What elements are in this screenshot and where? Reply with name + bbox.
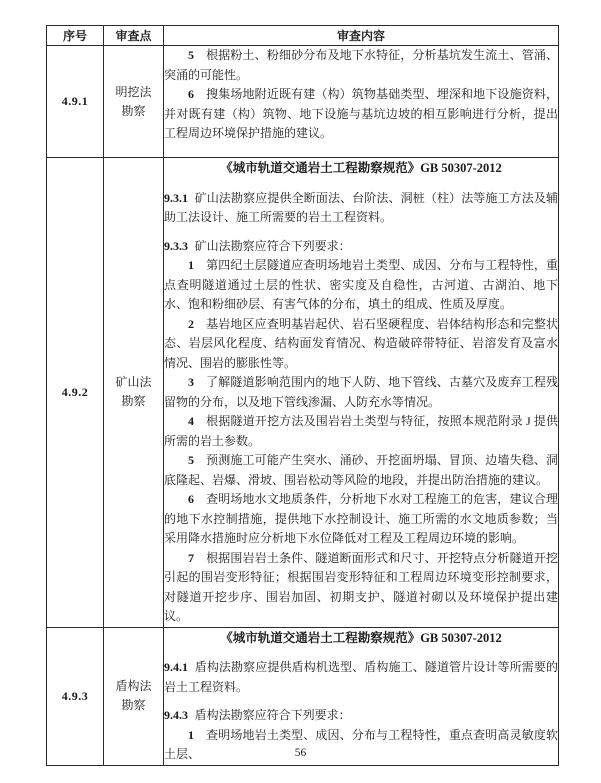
table-row-491: 4.9.1 明挖法 勘察 5根据粉土、粉细砂分布及地下水特征，分析基坑发生流土、… <box>47 46 559 158</box>
clause-paragraph: 9.4.3盾构法勘察应符合下列要求： <box>164 706 558 726</box>
clause-text: 盾构法勘察应符合下列要求： <box>195 708 351 722</box>
point-line-2: 勘察 <box>104 696 163 715</box>
table-header-row: 序号 审查点 审查内容 <box>47 26 559 46</box>
content-item: 5预测施工可能产生突水、涌砂、开挖面坍塌、冒顶、边墙失稳、洞底隆起、岩爆、滑坡、… <box>164 451 558 490</box>
item-number: 1 <box>188 258 194 272</box>
content-cell: 《城市轨道交通岩土工程勘察规范》GB 50307-2012 9.3.1矿山法勘察… <box>164 158 559 628</box>
document-page: 序号 审查点 审查内容 4.9.1 明挖法 勘察 5根据粉土、粉细砂分布及地下水… <box>0 0 601 783</box>
point-line-1: 矿山法 <box>104 373 163 392</box>
item-number: 2 <box>188 317 194 331</box>
point-line-1: 明挖法 <box>104 83 163 102</box>
clause-number: 9.3.3 <box>164 239 188 253</box>
row-seq: 4.9.3 <box>47 627 104 765</box>
row-point: 明挖法 勘察 <box>104 46 164 158</box>
clause-paragraph: 9.3.3矿山法勘察应符合下列要求： <box>164 237 558 257</box>
item-text: 根据隧道开挖方法及围岩岩土类型与特征，按照本规范附录 J 提供所需的岩土参数。 <box>164 414 558 448</box>
review-table: 序号 审查点 审查内容 4.9.1 明挖法 勘察 5根据粉土、粉细砂分布及地下水… <box>46 25 559 766</box>
item-text: 了解隧道影响范围内的地下人防、地下管线、古墓穴及废弃工程残留物的分布，以及地下管… <box>164 375 558 409</box>
clause-paragraph: 9.4.1盾构法勘察应提供盾构机选型、盾构施工、隧道管片设计等所需要的岩土工程资… <box>164 658 558 697</box>
content-item: 7根据围岩岩土条件、隧道断面形式和尺寸、开挖特点分析隧道开挖引起的围岩变形特征；… <box>164 549 558 627</box>
item-text: 搜集场地附近既有建（构）筑物基础类型、埋深和地下设施资料，并对既有建（构）筑物、… <box>164 87 558 140</box>
item-number: 7 <box>188 551 194 565</box>
header-point: 审查点 <box>104 26 164 46</box>
content-item: 1第四纪土层隧道应查明场地岩土类型、成因、分布与工程特性，重点查明隧道通过土层的… <box>164 256 558 315</box>
row-point: 盾构法 勘察 <box>104 627 164 765</box>
row-point: 矿山法 勘察 <box>104 158 164 628</box>
standard-title: 《城市轨道交通岩土工程勘察规范》GB 50307-2012 <box>164 159 558 179</box>
clause-number: 9.4.3 <box>164 708 188 722</box>
item-number: 6 <box>188 87 194 101</box>
item-number: 6 <box>188 492 194 506</box>
content-cell: 《城市轨道交通岩土工程勘察规范》GB 50307-2012 9.4.1盾构法勘察… <box>164 627 559 765</box>
row-seq: 4.9.1 <box>47 46 104 158</box>
header-seq: 序号 <box>47 26 104 46</box>
item-text: 查明场地水文地质条件，分析地下水对工程施工的危害，建议合理的地下水控制措施，提供… <box>164 492 558 545</box>
content-item: 4根据隧道开挖方法及围岩岩土类型与特征，按照本规范附录 J 提供所需的岩土参数。 <box>164 412 558 451</box>
point-line-2: 勘察 <box>104 392 163 411</box>
clause-text: 矿山法勘察应提供全断面法、台阶法、洞桩（柱）法等施工方法及辅助工法设计、施工所需… <box>164 191 558 225</box>
clause-paragraph: 9.3.1矿山法勘察应提供全断面法、台阶法、洞桩（柱）法等施工方法及辅助工法设计… <box>164 189 558 228</box>
item-text: 根据围岩岩土条件、隧道断面形式和尺寸、开挖特点分析隧道开挖引起的围岩变形特征；根… <box>164 551 558 624</box>
point-line-1: 盾构法 <box>104 677 163 696</box>
header-content: 审查内容 <box>164 26 559 46</box>
page-number: 56 <box>0 747 601 759</box>
standard-title: 《城市轨道交通岩土工程勘察规范》GB 50307-2012 <box>164 629 558 649</box>
content-item: 6搜集场地附近既有建（构）筑物基础类型、埋深和地下设施资料，并对既有建（构）筑物… <box>164 85 558 144</box>
item-number: 3 <box>188 375 194 389</box>
clause-text: 盾构法勘察应提供盾构机选型、盾构施工、隧道管片设计等所需要的岩土工程资料。 <box>164 660 558 694</box>
content-item: 3了解隧道影响范围内的地下人防、地下管线、古墓穴及废弃工程残留物的分布，以及地下… <box>164 373 558 412</box>
item-text: 第四纪土层隧道应查明场地岩土类型、成因、分布与工程特性，重点查明隧道通过土层的性… <box>164 258 558 311</box>
content-item: 5根据粉土、粉细砂分布及地下水特征，分析基坑发生流土、管涌、突涌的可能性。 <box>164 46 558 85</box>
clause-number: 9.3.1 <box>164 191 188 205</box>
item-text: 根据粉土、粉细砂分布及地下水特征，分析基坑发生流土、管涌、突涌的可能性。 <box>164 48 558 82</box>
table-row-492: 4.9.2 矿山法 勘察 《城市轨道交通岩土工程勘察规范》GB 50307-20… <box>47 158 559 628</box>
clause-text: 矿山法勘察应符合下列要求： <box>195 239 351 253</box>
item-number: 5 <box>188 453 194 467</box>
point-line-2: 勘察 <box>104 102 163 121</box>
clause-number: 9.4.1 <box>164 660 188 674</box>
item-text: 基岩地区应查明基岩起伏、岩石坚硬程度、岩体结构形态和完整状态、岩层风化程度、结构… <box>164 317 558 370</box>
row-seq: 4.9.2 <box>47 158 104 628</box>
item-number: 1 <box>188 728 194 742</box>
item-number: 5 <box>188 48 194 62</box>
item-text: 预测施工可能产生突水、涌砂、开挖面坍塌、冒顶、边墙失稳、洞底隆起、岩爆、滑坡、围… <box>164 453 558 487</box>
content-cell: 5根据粉土、粉细砂分布及地下水特征，分析基坑发生流土、管涌、突涌的可能性。 6搜… <box>164 46 559 158</box>
item-number: 4 <box>188 414 194 428</box>
content-item: 2基岩地区应查明基岩起伏、岩石坚硬程度、岩体结构形态和完整状态、岩层风化程度、结… <box>164 315 558 374</box>
table-row-493: 4.9.3 盾构法 勘察 《城市轨道交通岩土工程勘察规范》GB 50307-20… <box>47 627 559 765</box>
content-item: 6查明场地水文地质条件，分析地下水对工程施工的危害，建议合理的地下水控制措施，提… <box>164 490 558 549</box>
